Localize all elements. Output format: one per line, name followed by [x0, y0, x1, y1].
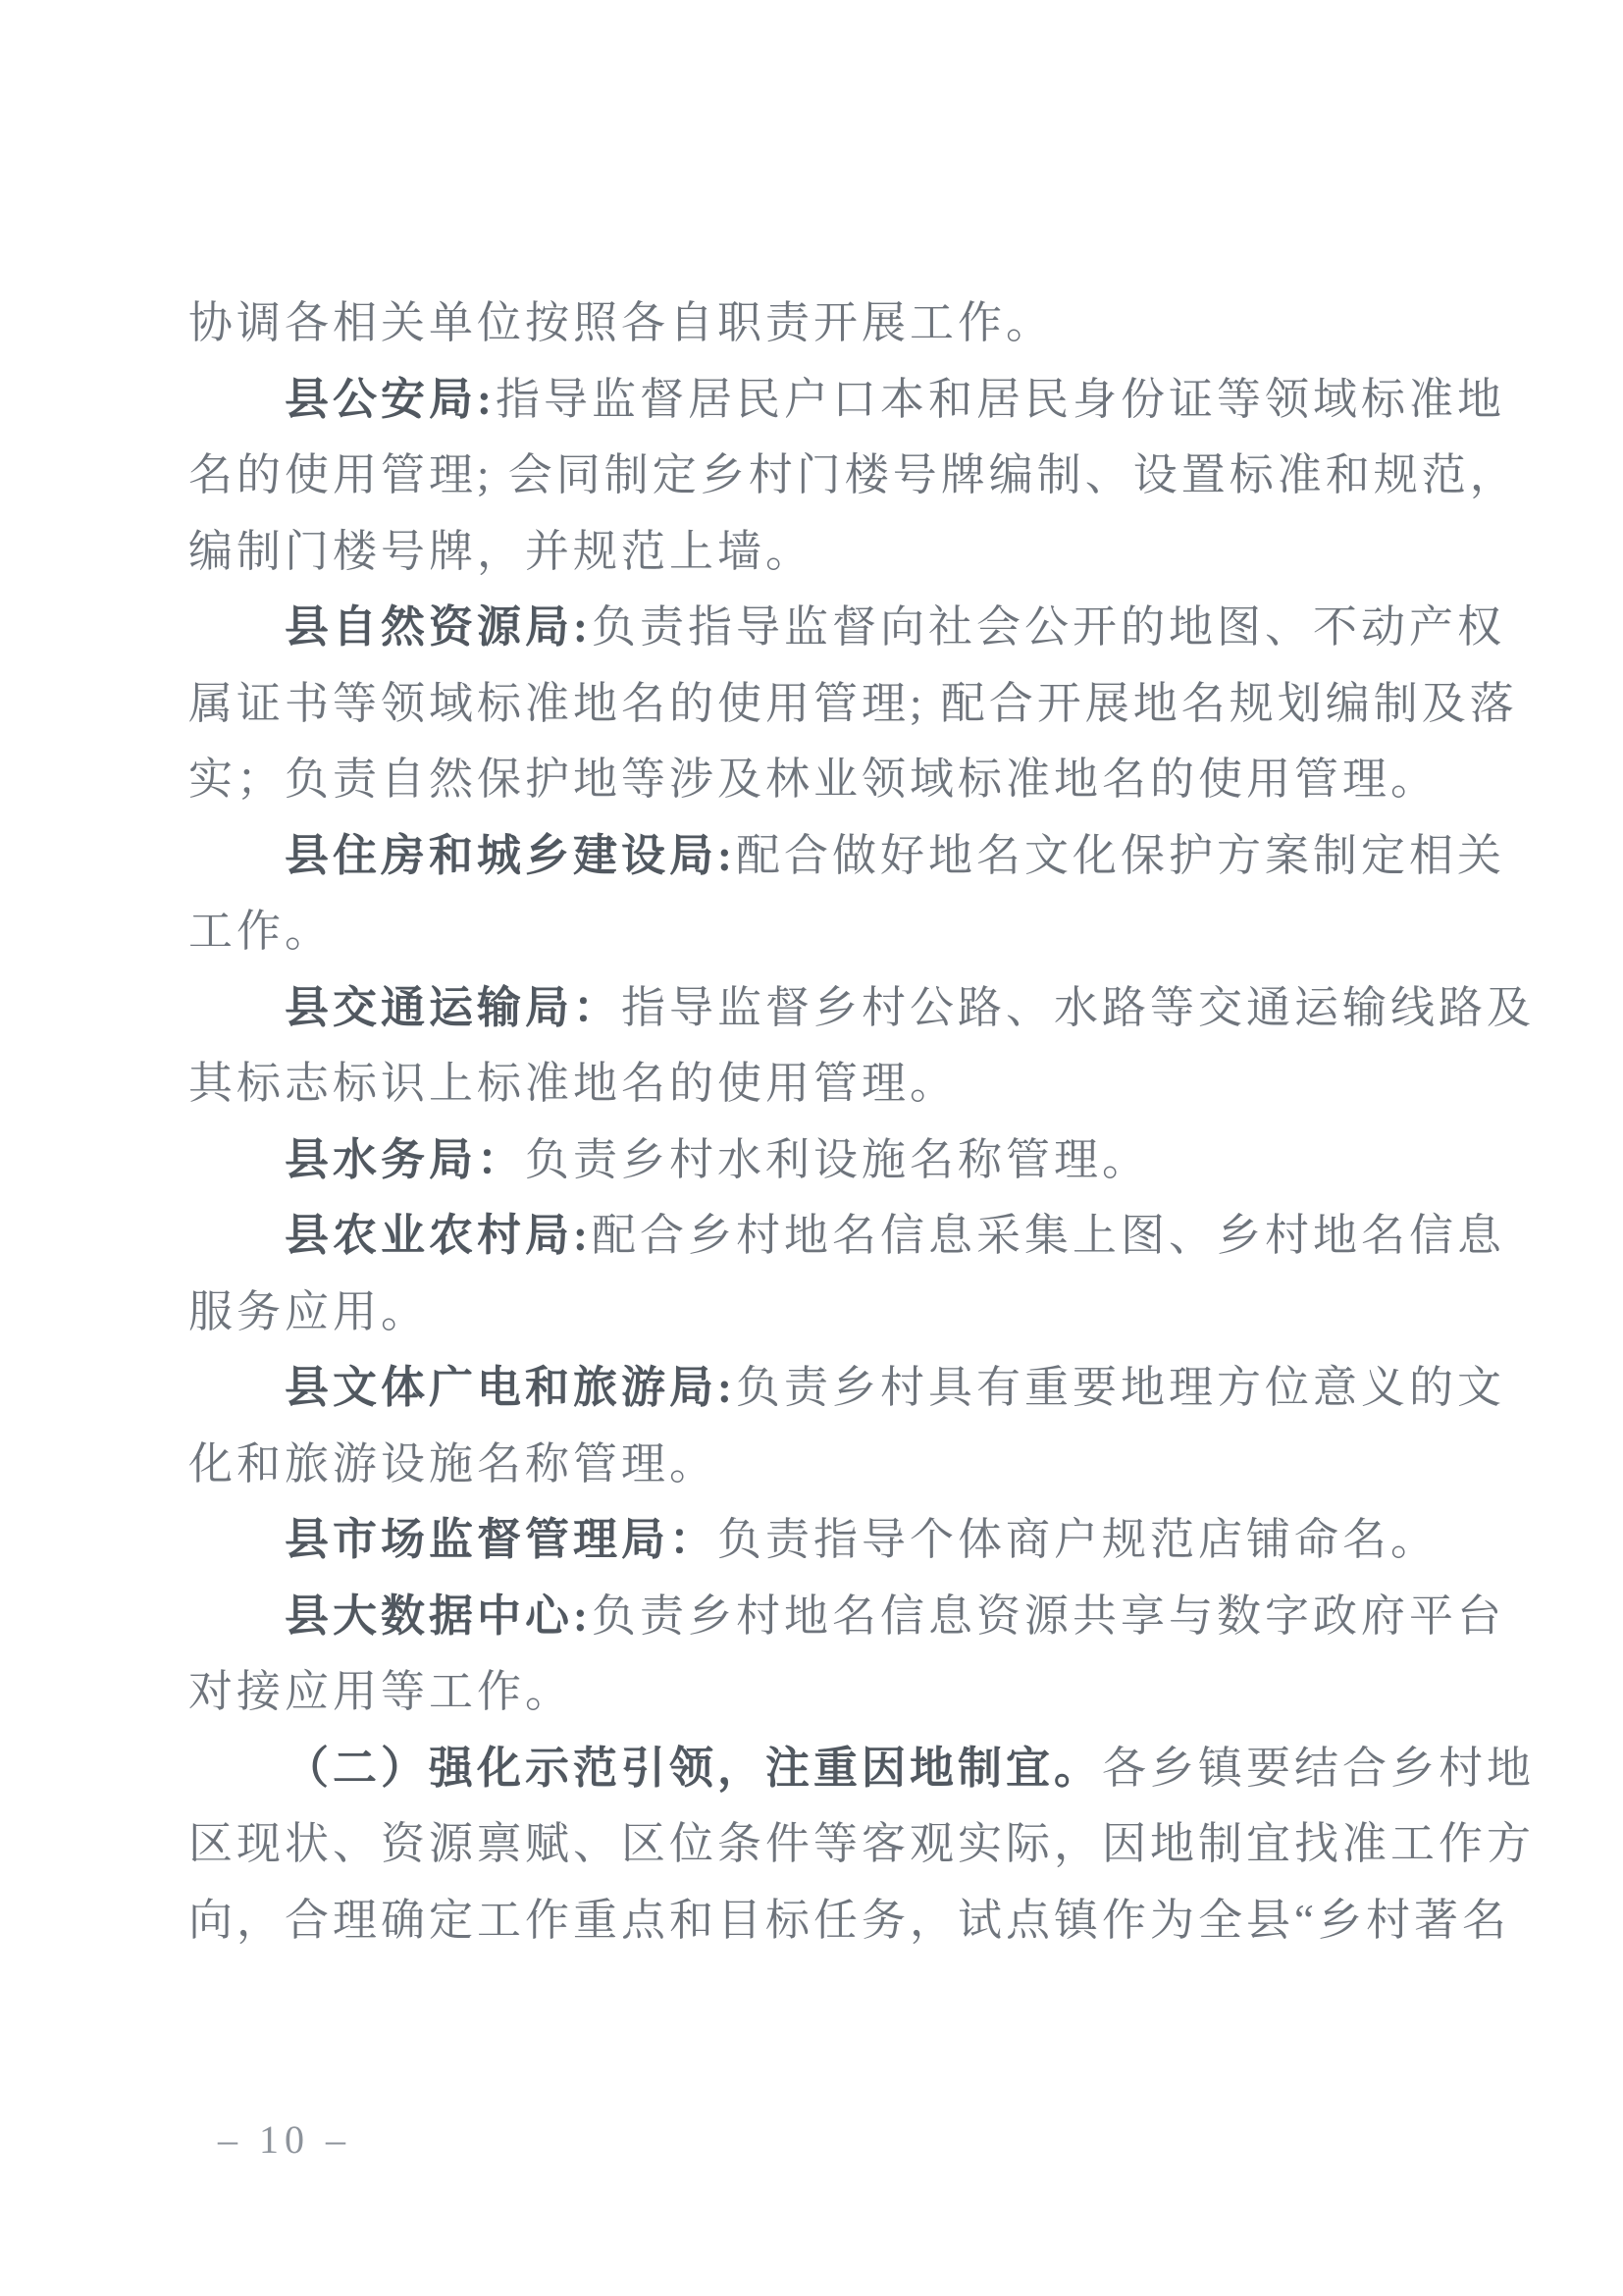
text-line: 化和旅游设施名称管理。 [188, 1427, 1503, 1503]
text-line: 县公安局:指导监督居民户口本和居民身份证等领域标准地 [188, 362, 1503, 439]
text-line: 县大数据中心:负责乡村地名信息资源共享与数字政府平台 [188, 1579, 1503, 1655]
text-line: （二）强化示范引领，注重因地制宜。各乡镇要结合乡村地 [188, 1731, 1503, 1807]
text-line: 名的使用管理; 会同制定乡村门楼号牌编制、设置标准和规范， [188, 438, 1503, 514]
department-label: 县市场监督管理局： [285, 1515, 717, 1564]
text-line: 其标志标识上标准地名的使用管理。 [188, 1046, 1503, 1122]
department-label: （二）强化示范引领，注重因地制宜。 [285, 1744, 1102, 1793]
text-line: 属证书等领域标准地名的使用管理; 配合开展地名规划编制及落 [188, 666, 1503, 743]
text-line: 对接应用等工作。 [188, 1654, 1503, 1731]
department-label: 县自然资源局: [285, 602, 592, 652]
document-body: 协调各相关单位按照各自职责开展工作。县公安局:指导监督居民户口本和居民身份证等领… [188, 286, 1503, 1958]
text-line: 县水务局：负责乡村水利设施名称管理。 [188, 1122, 1503, 1199]
text-line: 县住房和城乡建设局:配合做好地名文化保护方案制定相关 [188, 818, 1503, 895]
text-line: 实；负责自然保护地等涉及林业领域标准地名的使用管理。 [188, 742, 1503, 818]
department-label: 县水务局： [285, 1135, 525, 1184]
text-line: 协调各相关单位按照各自职责开展工作。 [188, 286, 1503, 362]
text-line: 县交通运输局：指导监督乡村公路、水路等交通运输线路及 [188, 970, 1503, 1047]
department-label: 县交通运输局： [285, 983, 621, 1032]
text-line: 县自然资源局:负责指导监督向社会公开的地图、不动产权 [188, 590, 1503, 666]
text-line: 县农业农村局:配合乡村地名信息采集上图、乡村地名信息 [188, 1198, 1503, 1275]
text-line: 服务应用。 [188, 1275, 1503, 1351]
text-line: 向，合理确定工作重点和目标任务，试点镇作为全县“乡村著名 [188, 1883, 1503, 1959]
text-line: 编制门楼号牌，并规范上墙。 [188, 514, 1503, 591]
text-line: 县文体广电和旅游局:负责乡村具有重要地理方位意义的文 [188, 1350, 1503, 1427]
document-page: 协调各相关单位按照各自职责开展工作。县公安局:指导监督居民户口本和居民身份证等领… [0, 0, 1623, 2296]
department-label: 县农业农村局: [285, 1211, 592, 1260]
page-number: – 10 – [218, 2115, 351, 2165]
text-line: 工作。 [188, 894, 1503, 970]
department-label: 县文体广电和旅游局: [285, 1363, 736, 1412]
department-label: 县住房和城乡建设局: [285, 831, 736, 880]
department-label: 县公安局: [285, 375, 496, 424]
text-line: 县市场监督管理局：负责指导个体商户规范店铺命名。 [188, 1502, 1503, 1579]
text-line: 区现状、资源禀赋、区位条件等客观实际，因地制宜找准工作方 [188, 1806, 1503, 1883]
department-label: 县大数据中心: [285, 1592, 592, 1641]
